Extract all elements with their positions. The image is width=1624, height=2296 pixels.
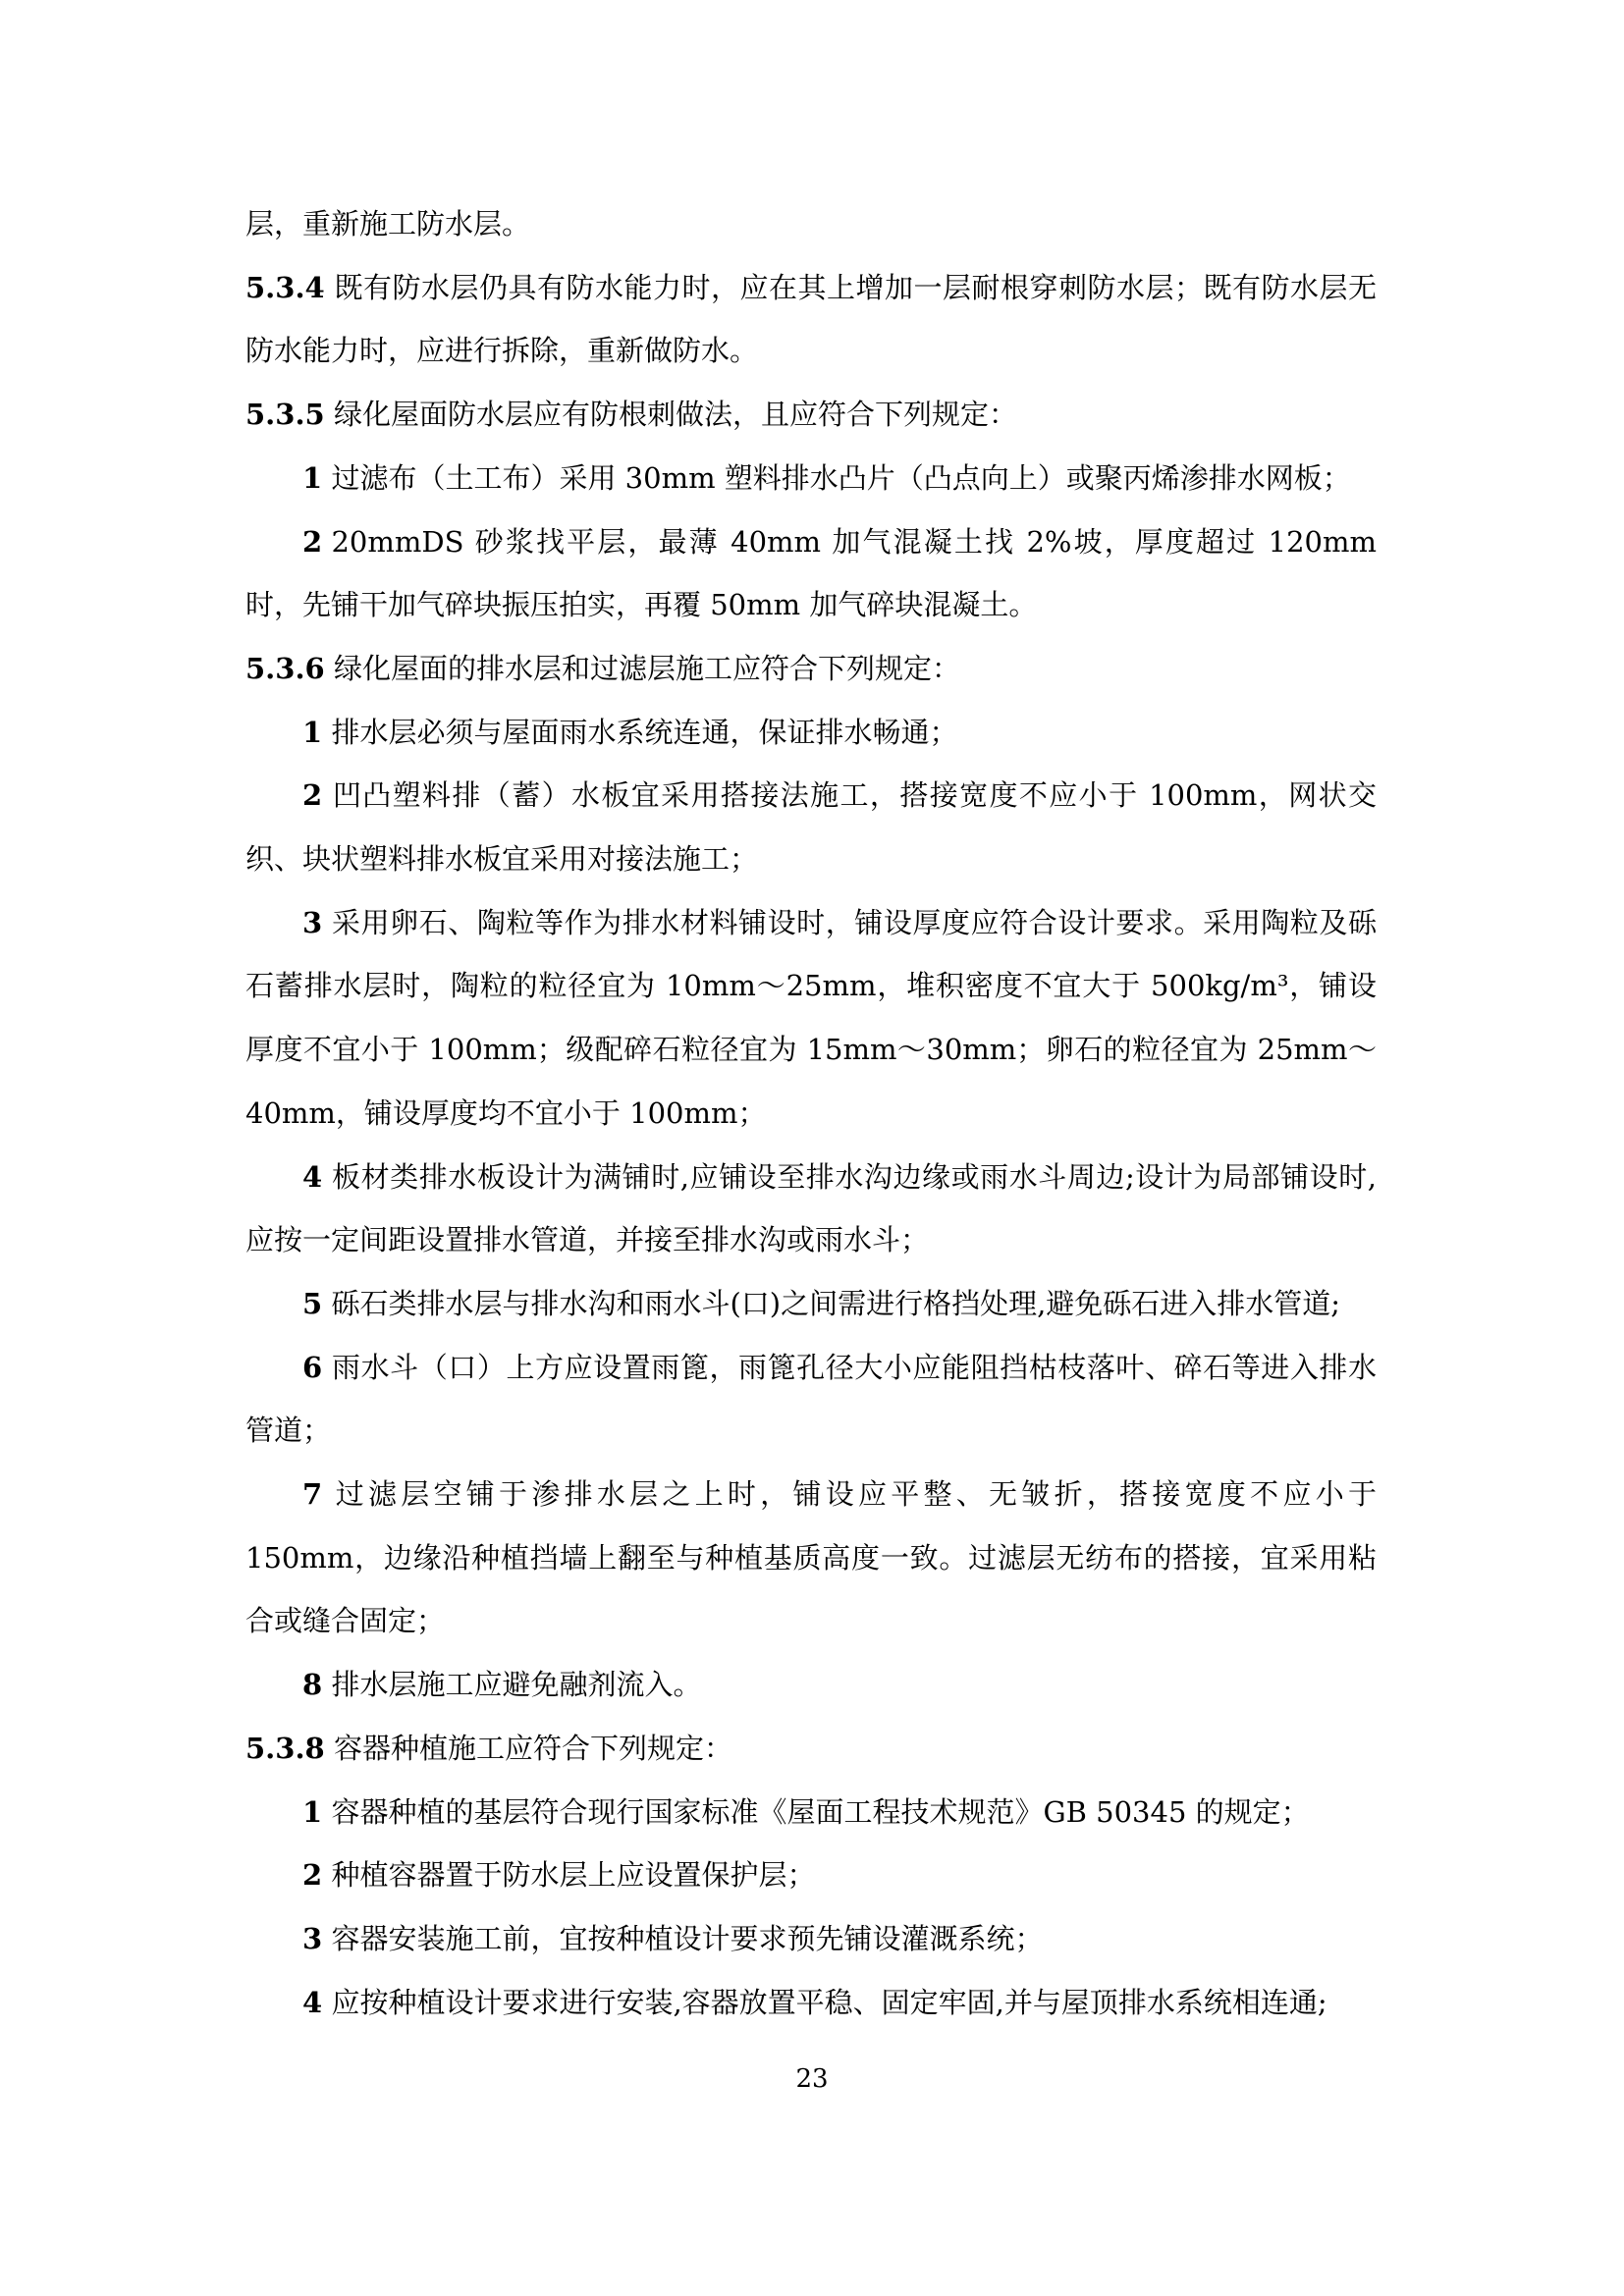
- paragraph-section: 5.3.6绿化屋面的排水层和过滤层施工应符合下列规定：: [245, 637, 1377, 701]
- paragraph-item: 1排水层必须与屋面雨水系统连通，保证排水畅通；: [245, 701, 1377, 765]
- paragraph-item: 2种植容器置于防水层上应设置保护层；: [245, 1843, 1377, 1907]
- paragraph-text: 20mmDS 砂浆找平层，最薄 40mm 加气混凝土找 2%坡，厚度超过 120…: [245, 525, 1377, 622]
- item-number: 1: [302, 461, 322, 495]
- section-number: 5.3.8: [245, 1732, 325, 1765]
- paragraph-item: 5砾石类排水层与排水沟和雨水斗(口)之间需进行格挡处理,避免砾石进入排水管道;: [245, 1272, 1377, 1336]
- item-number: 8: [302, 1668, 322, 1701]
- document-body: 层，重新施工防水层。 5.3.4既有防水层仍具有防水能力时，应在其上增加一层耐根…: [245, 192, 1377, 2034]
- paragraph-section: 5.3.5绿化屋面防水层应有防根刺做法，且应符合下列规定：: [245, 383, 1377, 447]
- paragraph-text: 绿化屋面防水层应有防根刺做法，且应符合下列规定：: [334, 398, 1017, 431]
- paragraph-text: 种植容器置于防水层上应设置保护层；: [331, 1858, 815, 1892]
- paragraph-text: 雨水斗（口）上方应设置雨篦，雨篦孔径大小应能阻挡枯枝落叶、碎石等进入排水管道；: [245, 1351, 1377, 1448]
- document-page: 层，重新施工防水层。 5.3.4既有防水层仍具有防水能力时，应在其上增加一层耐根…: [0, 0, 1624, 2296]
- paragraph-item: 220mmDS 砂浆找平层，最薄 40mm 加气混凝土找 2%坡，厚度超过 12…: [245, 510, 1377, 637]
- item-number: 2: [302, 525, 322, 559]
- paragraph-text: 既有防水层仍具有防水能力时，应在其上增加一层耐根穿刺防水层；既有防水层无防水能力…: [245, 271, 1377, 368]
- item-number: 4: [302, 1160, 322, 1194]
- paragraph-plain: 层，重新施工防水层。: [245, 192, 1377, 256]
- paragraph-text: 砾石类排水层与排水沟和雨水斗(口)之间需进行格挡处理,避免砾石进入排水管道;: [331, 1287, 1340, 1320]
- paragraph-item: 1过滤布（土工布）采用 30mm 塑料排水凸片（凸点向上）或聚丙烯渗排水网板；: [245, 447, 1377, 510]
- item-number: 4: [302, 1986, 322, 2019]
- paragraph-text: 容器种植施工应符合下列规定：: [334, 1732, 732, 1765]
- paragraph-item: 7过滤层空铺于渗排水层之上时，铺设应平整、无皱折，搭接宽度不应小于 150mm，…: [245, 1463, 1377, 1653]
- paragraph-section: 5.3.4既有防水层仍具有防水能力时，应在其上增加一层耐根穿刺防水层；既有防水层…: [245, 256, 1377, 383]
- section-number: 5.3.4: [245, 271, 325, 304]
- paragraph-item: 6雨水斗（口）上方应设置雨篦，雨篦孔径大小应能阻挡枯枝落叶、碎石等进入排水管道；: [245, 1336, 1377, 1463]
- paragraph-item: 2凹凸塑料排（蓄）水板宜采用搭接法施工，搭接宽度不应小于 100mm，网状交织、…: [245, 764, 1377, 890]
- paragraph-text: 板材类排水板设计为满铺时,应铺设至排水沟边缘或雨水斗周边;设计为局部铺设时,应按…: [245, 1160, 1377, 1257]
- paragraph-text: 排水层施工应避免融剂流入。: [331, 1668, 701, 1701]
- page-footer: 23: [0, 2061, 1624, 2097]
- item-number: 2: [302, 778, 322, 812]
- item-number: 6: [302, 1351, 322, 1384]
- item-number: 3: [302, 906, 322, 939]
- item-number: 2: [302, 1858, 322, 1892]
- item-number: 3: [302, 1922, 322, 1955]
- paragraph-item: 3容器安装施工前，宜按种植设计要求预先铺设灌溉系统；: [245, 1907, 1377, 1971]
- section-number: 5.3.5: [245, 398, 325, 431]
- paragraph-text: 排水层必须与屋面雨水系统连通，保证排水畅通；: [331, 716, 957, 749]
- paragraph-text: 过滤布（土工布）采用 30mm 塑料排水凸片（凸点向上）或聚丙烯渗排水网板；: [331, 461, 1350, 495]
- paragraph-text: 应按种植设计要求进行安装,容器放置平稳、固定牢固,并与屋顶排水系统相连通;: [331, 1986, 1326, 2019]
- paragraph-item: 4应按种植设计要求进行安装,容器放置平稳、固定牢固,并与屋顶排水系统相连通;: [245, 1971, 1377, 2035]
- item-number: 7: [302, 1477, 322, 1511]
- paragraph-text: 容器种植的基层符合现行国家标准《屋面工程技术规范》GB 50345 的规定；: [331, 1795, 1309, 1829]
- paragraph-section: 5.3.8容器种植施工应符合下列规定：: [245, 1717, 1377, 1781]
- paragraph-text: 绿化屋面的排水层和过滤层施工应符合下列规定：: [334, 652, 960, 685]
- paragraph-item: 1容器种植的基层符合现行国家标准《屋面工程技术规范》GB 50345 的规定；: [245, 1781, 1377, 1844]
- paragraph-text: 凹凸塑料排（蓄）水板宜采用搭接法施工，搭接宽度不应小于 100mm，网状交织、块…: [245, 778, 1377, 876]
- paragraph-text: 过滤层空铺于渗排水层之上时，铺设应平整、无皱折，搭接宽度不应小于 150mm，边…: [245, 1477, 1377, 1637]
- paragraph-list: 层，重新施工防水层。 5.3.4既有防水层仍具有防水能力时，应在其上增加一层耐根…: [245, 192, 1377, 2034]
- paragraph-text: 采用卵石、陶粒等作为排水材料铺设时，铺设厚度应符合设计要求。采用陶粒及砾石蓄排水…: [245, 906, 1377, 1130]
- item-number: 1: [302, 716, 322, 749]
- paragraph-text: 层，重新施工防水层。: [245, 207, 530, 240]
- paragraph-item: 4板材类排水板设计为满铺时,应铺设至排水沟边缘或雨水斗周边;设计为局部铺设时,应…: [245, 1146, 1377, 1272]
- item-number: 5: [302, 1287, 322, 1320]
- page-number: 23: [795, 2064, 828, 2094]
- item-number: 1: [302, 1795, 322, 1829]
- paragraph-text: 容器安装施工前，宜按种植设计要求预先铺设灌溉系统；: [331, 1922, 1043, 1955]
- paragraph-item: 3采用卵石、陶粒等作为排水材料铺设时，铺设厚度应符合设计要求。采用陶粒及砾石蓄排…: [245, 891, 1377, 1146]
- paragraph-item: 8排水层施工应避免融剂流入。: [245, 1653, 1377, 1717]
- section-number: 5.3.6: [245, 652, 325, 685]
